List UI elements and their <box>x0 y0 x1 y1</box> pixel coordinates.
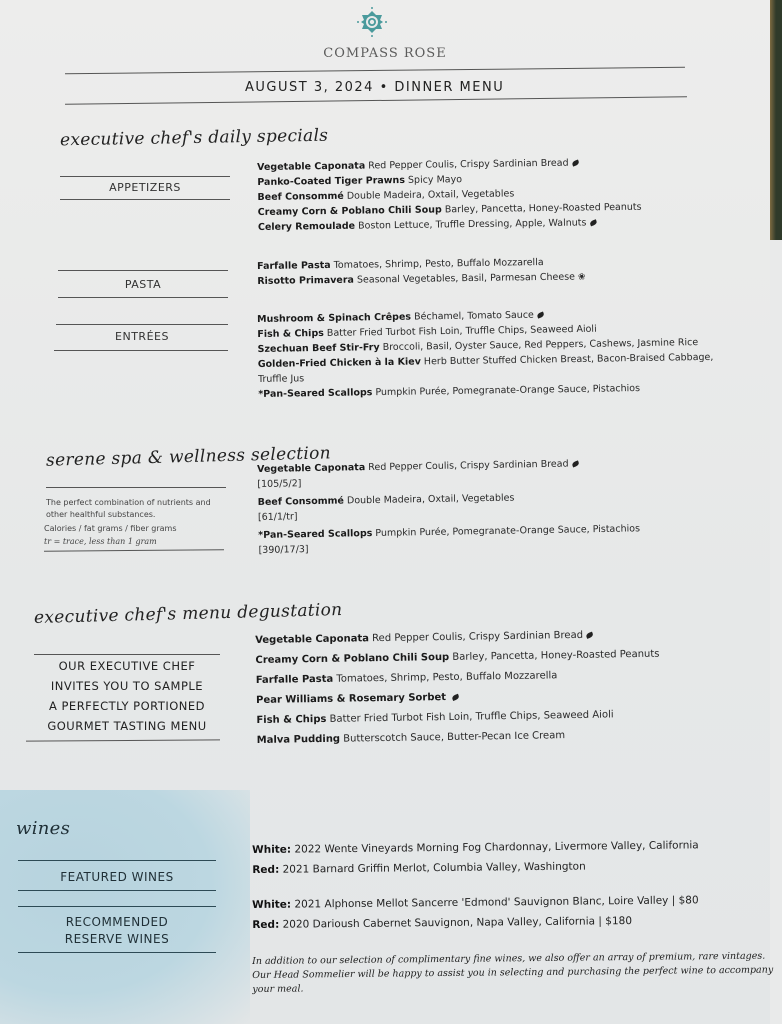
blurb-line: GOURMET TASTING MENU <box>28 716 226 736</box>
wine-description: 2020 Darioush Cabernet Sauvignon, Napa V… <box>279 915 632 931</box>
dish-name: Fish & Chips <box>257 328 324 340</box>
brand-name: COMPASS ROSE <box>0 46 770 61</box>
reserve-label-line: RECOMMENDED <box>18 914 216 931</box>
appetizers-list: Vegetable Caponata Red Pepper Coulis, Cr… <box>257 155 642 235</box>
divider <box>34 654 220 655</box>
dish-description: Red Pepper Coulis, Crispy Sardinian Brea… <box>368 459 569 473</box>
dish-description: Seasonal Vegetables, Basil, Parmesan Che… <box>357 272 575 286</box>
blurb-line: OUR EXECUTIVE CHEF <box>28 656 226 676</box>
divider <box>58 297 228 298</box>
dish-description: Butterscotch Sauce, Butter-Pecan Ice Cre… <box>343 730 565 744</box>
divider <box>18 860 216 861</box>
wine-type: Red: <box>252 919 279 931</box>
divider <box>18 952 216 953</box>
divider <box>46 487 226 488</box>
dish-description: Truffle Jus <box>258 373 304 385</box>
dish-description: Double Madeira, Oxtail, Vegetables <box>347 188 515 201</box>
wine-description: 2021 Barnard Griffin Merlot, Columbia Va… <box>279 861 586 876</box>
divider <box>44 549 224 552</box>
dish-description: Herb Butter Stuffed Chicken Breast, Baco… <box>424 352 714 368</box>
dish-name: Beef Consommé <box>258 495 344 508</box>
degustation-title: executive chef's menu degustation <box>34 600 343 628</box>
spa-legend: Calories / fat grams / fiber grams <box>44 523 177 535</box>
divider <box>18 906 216 907</box>
menu-dateline: AUGUST 3, 2024 • DINNER MENU <box>245 80 504 95</box>
dish-description: Boston Lettuce, Truffle Dressing, Apple,… <box>358 217 586 231</box>
dish-name: Golden-Fried Chicken à la Kiev <box>258 356 421 370</box>
divider <box>26 739 220 741</box>
dish-description: Batter Fried Turbot Fish Loin, Truffle C… <box>330 709 614 724</box>
divider <box>65 96 687 105</box>
dish-name: Malva Pudding <box>257 734 341 746</box>
dish-description: Béchamel, Tomato Sauce <box>414 310 534 323</box>
blurb-line: A PERFECTLY PORTIONED <box>28 696 226 716</box>
dish-description: Tomatoes, Shrimp, Pesto, Buffalo Mozzare… <box>336 670 557 684</box>
entrees-list: Mushroom & Spinach Crêpes Béchamel, Toma… <box>257 305 714 402</box>
dish-name: Creamy Corn & Poblano Chili Soup <box>255 652 449 666</box>
spa-list: Vegetable Caponata Red Pepper Coulis, Cr… <box>257 456 640 562</box>
spa-trace-note: tr = trace, less than 1 gram <box>44 537 157 546</box>
section-label-featured-wines: FEATURED WINES <box>18 870 216 884</box>
dish-description: Pumpkin Purée, Pomegranate-Orange Sauce,… <box>375 523 640 539</box>
divider <box>54 350 228 351</box>
dish-name: Pear Williams & Rosemary Sorbet <box>256 692 446 706</box>
section-label-entrees: ENTRÉES <box>56 330 228 343</box>
section-label-reserve-wines: RECOMMENDED RESERVE WINES <box>18 914 216 948</box>
dish-name: Mushroom & Spinach Crêpes <box>257 312 411 325</box>
wines-title: wines <box>16 818 70 839</box>
leaf-icon <box>452 694 460 701</box>
dish-name: Fish & Chips <box>256 714 326 726</box>
sommelier-note: In addition to our selection of complime… <box>252 949 782 997</box>
leaf-icon <box>585 632 593 639</box>
dish-name: Beef Consommé <box>257 191 343 203</box>
dish-description: Double Madeira, Oxtail, Vegetables <box>347 493 515 507</box>
wine-type: White: <box>252 899 291 911</box>
leaf-icon <box>589 219 597 226</box>
wine-item: Red: 2020 Darioush Cabernet Sauvignon, N… <box>252 910 699 935</box>
degustation-list: Vegetable Caponata Red Pepper Coulis, Cr… <box>255 625 661 751</box>
dish-name: Creamy Corn & Poblano Chili Soup <box>258 204 442 218</box>
dish-name: Farfalle Pasta <box>256 674 334 686</box>
divider <box>18 890 216 891</box>
daily-specials-title: executive chef's daily specials <box>60 126 329 151</box>
dish-description: Pumpkin Purée, Pomegranate-Orange Sauce,… <box>375 383 640 398</box>
dish-description: Barley, Pancetta, Honey-Roasted Peanuts <box>452 649 659 663</box>
section-label-appetizers: APPETIZERS <box>60 181 230 194</box>
menu-page: COMPASS ROSE AUGUST 3, 2024 • DINNER MEN… <box>0 0 770 1024</box>
blurb-line: INVITES YOU TO SAMPLE <box>28 676 226 696</box>
degustation-blurb: OUR EXECUTIVE CHEF INVITES YOU TO SAMPLE… <box>28 656 226 736</box>
leaf-icon <box>571 159 579 166</box>
wine-item: Red: 2021 Barnard Griffin Merlot, Columb… <box>252 855 699 880</box>
reserve-wines-list: White: 2021 Alphonse Mellot Sancerre 'Ed… <box>252 890 699 935</box>
divider <box>56 324 228 325</box>
divider <box>60 199 230 200</box>
leaf-icon <box>571 460 579 467</box>
dish-name: Vegetable Caponata <box>257 462 365 475</box>
dish-description: Tomatoes, Shrimp, Pesto, Buffalo Mozzare… <box>334 257 544 271</box>
featured-wines-list: White: 2022 Wente Vineyards Morning Fog … <box>252 835 699 880</box>
wine-description: 2021 Alphonse Mellot Sancerre 'Edmond' S… <box>291 894 699 910</box>
dish-description: Red Pepper Coulis, Crispy Sardinian Brea… <box>368 158 569 172</box>
dish-name: Risotto Primavera <box>257 275 354 287</box>
cheese-icon: ❀ <box>578 270 586 285</box>
menu-item: Risotto Primavera Seasonal Vegetables, B… <box>257 269 585 290</box>
dish-name: *Pan-Seared Scallops <box>258 528 372 541</box>
leaf-icon <box>536 311 544 318</box>
pasta-list: Farfalle Pasta Tomatoes, Shrimp, Pesto, … <box>257 254 586 290</box>
section-label-pasta: PASTA <box>58 278 228 291</box>
wine-description: 2022 Wente Vineyards Morning Fog Chardon… <box>291 839 699 855</box>
dish-name: Panko-Coated Tiger Prawns <box>257 175 405 188</box>
dish-name: Vegetable Caponata <box>257 160 365 173</box>
dish-name: Vegetable Caponata <box>255 633 369 646</box>
dish-name: *Pan-Seared Scallops <box>258 387 372 400</box>
spa-intro: The perfect combination of nutrients and… <box>46 497 216 521</box>
wine-type: White: <box>252 844 291 856</box>
wine-type: Red: <box>252 864 279 876</box>
dish-name: Celery Remoulade <box>258 221 355 233</box>
dish-name: Szechuan Beef Stir-Fry <box>258 342 380 355</box>
dish-description: Barley, Pancetta, Honey-Roasted Peanuts <box>445 202 642 216</box>
dish-description: Red Pepper Coulis, Crispy Sardinian Brea… <box>372 630 583 644</box>
divider <box>65 67 685 74</box>
dish-description: Spicy Mayo <box>408 174 462 186</box>
divider <box>58 270 228 271</box>
divider <box>60 176 230 177</box>
reserve-label-line: RESERVE WINES <box>18 931 216 948</box>
dish-name: Farfalle Pasta <box>257 260 331 272</box>
compass-rose-logo-icon <box>356 6 388 38</box>
